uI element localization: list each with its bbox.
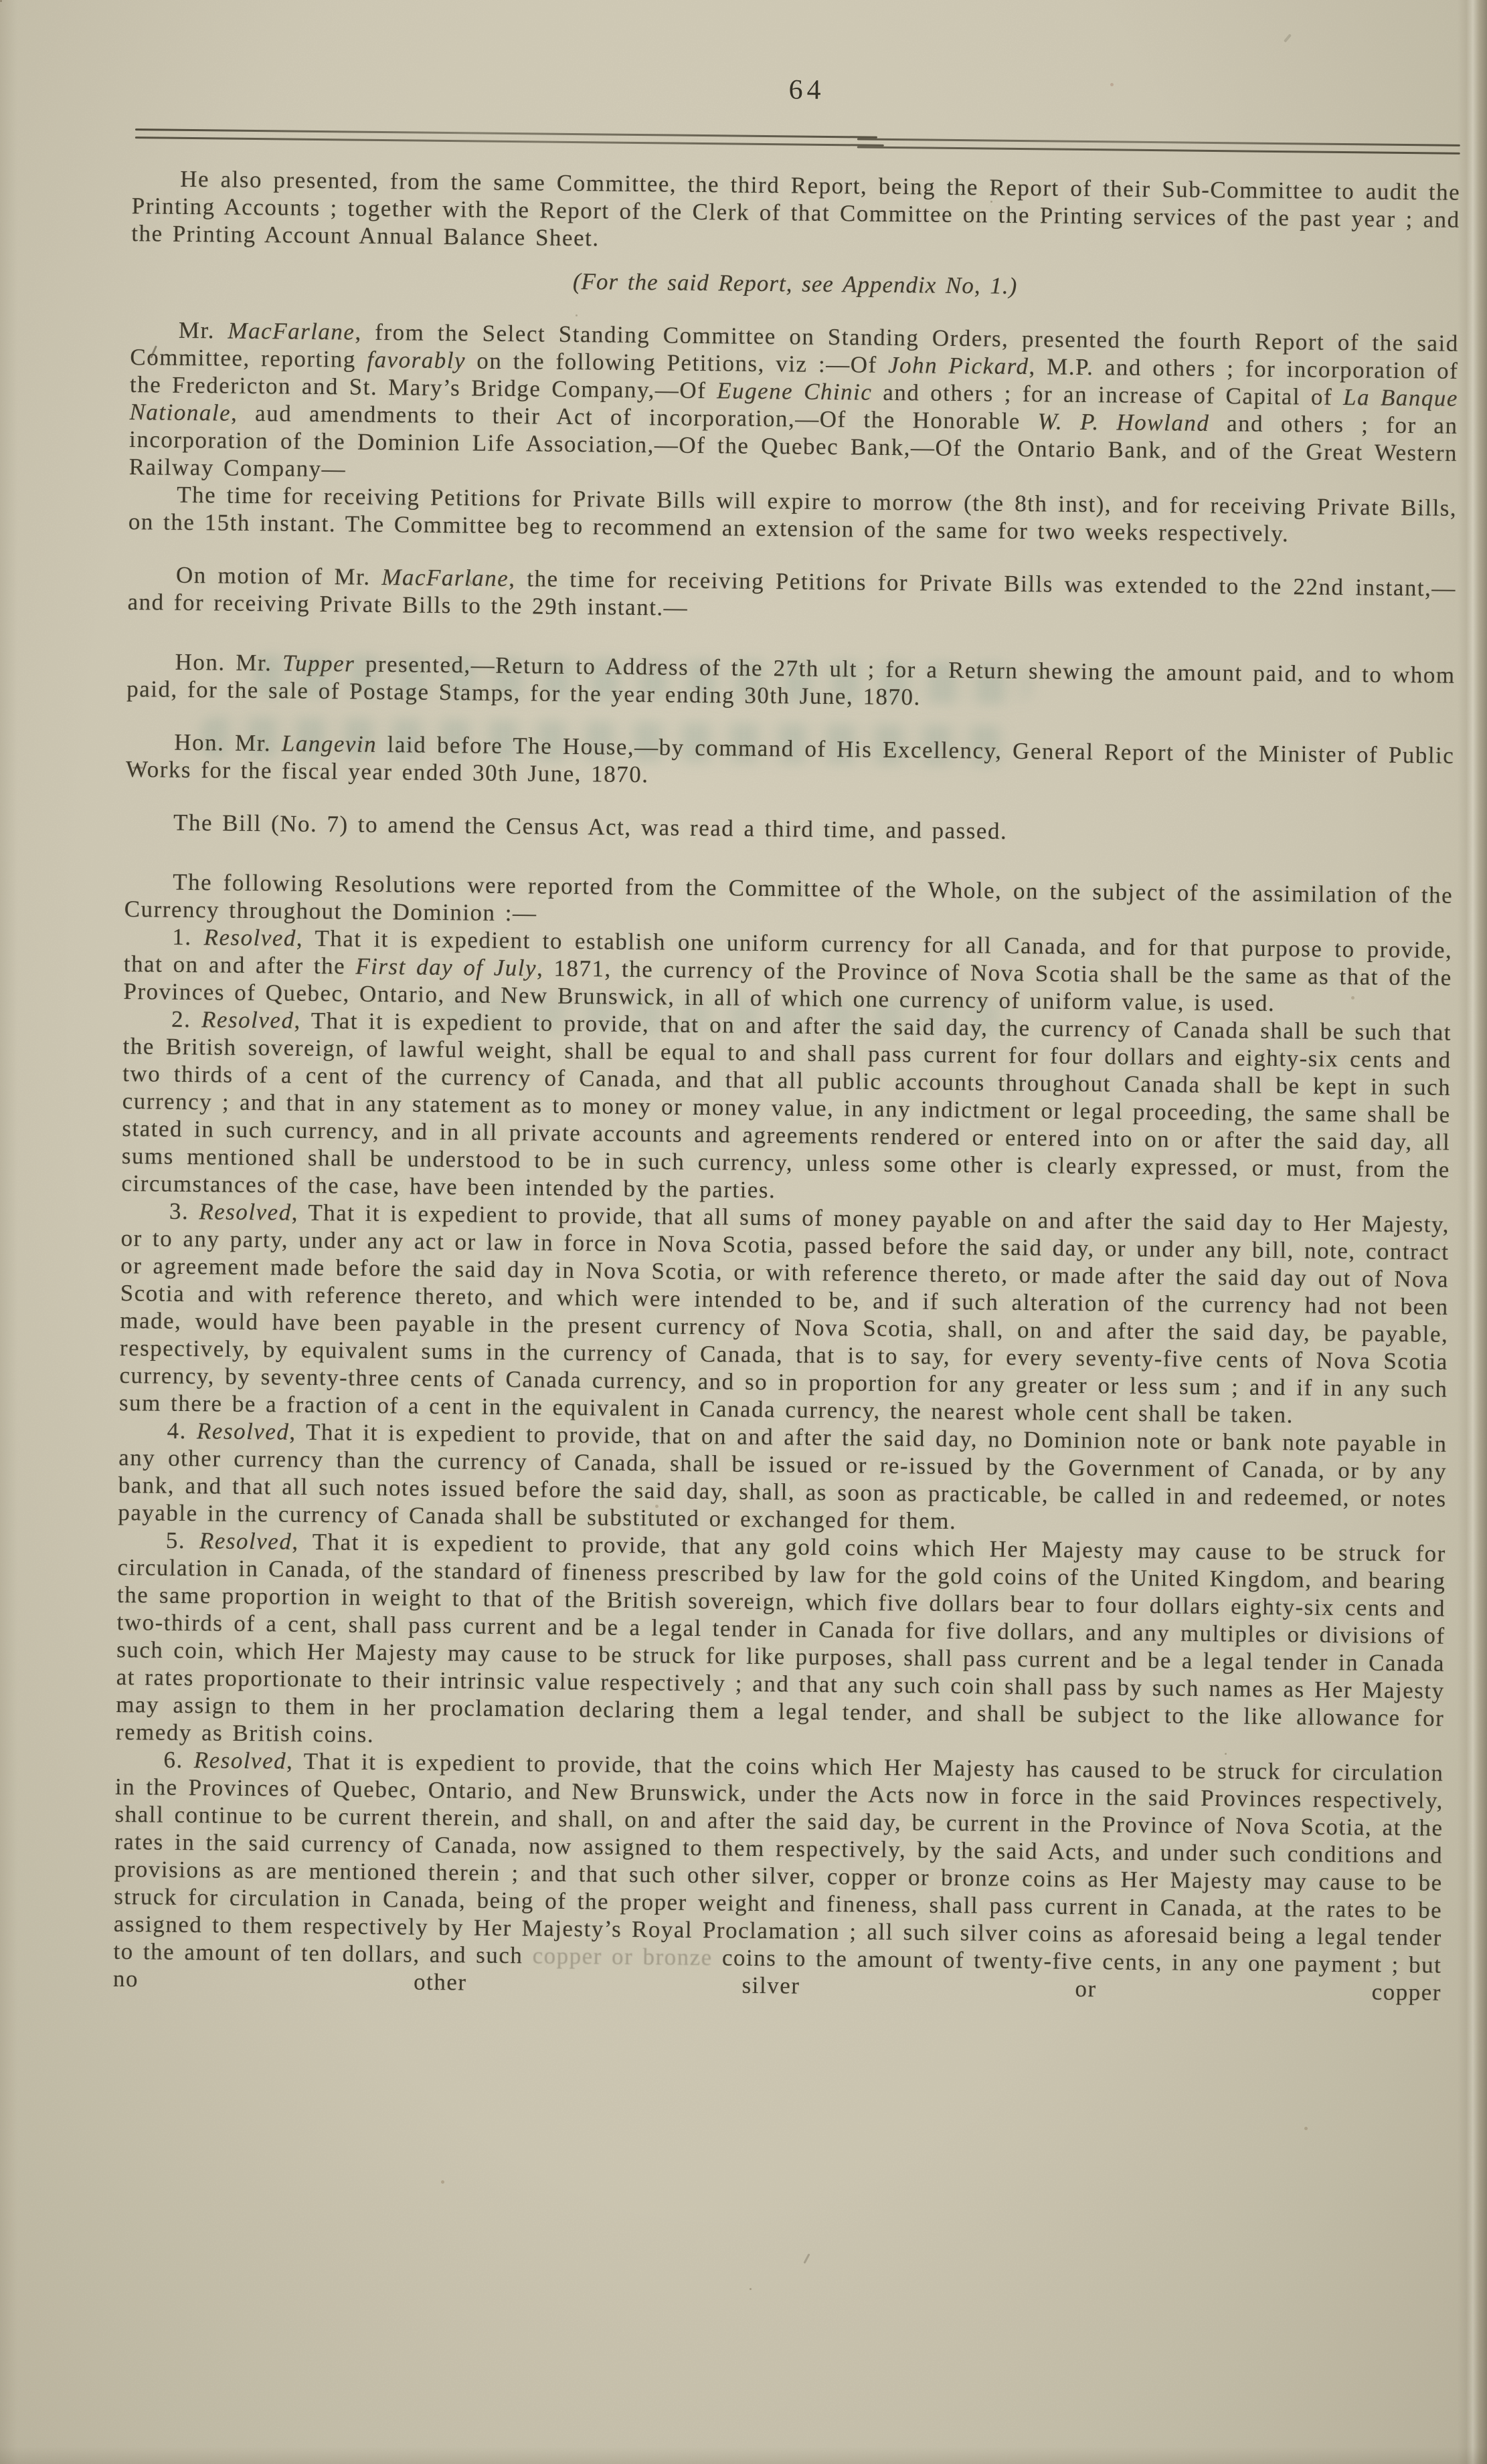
paragraph-resolution-6: 6. Resolved, That it is expedient to pro… [113, 1745, 1444, 2006]
paragraph-p1: He also presented, from the same Committ… [131, 165, 1460, 261]
page-number: 64 [63, 66, 1487, 114]
paragraph-appendix-note: (For the said Report, see Appendix No, 1… [130, 263, 1459, 304]
paragraph-resolution-5: 5. Resolved, That it is expedient to pro… [116, 1526, 1446, 1760]
paragraph-p7: The Bill (No. 7) to amend the Census Act… [125, 808, 1454, 850]
stray-mark [803, 2253, 810, 2264]
paragraph-resolution-4: 4. Resolved, That it is expedient to pro… [118, 1416, 1448, 1540]
paragraph-resolution-3: 3. Resolved, That it is expedient to pro… [119, 1197, 1450, 1430]
page-edge-bottom [0, 2447, 1487, 2464]
paragraph-p4: On motion of Mr. MacFarlane, the time fo… [127, 561, 1456, 630]
document-page: 64 He also presented, from the same Comm… [0, 0, 1487, 2464]
paragraph-p6: Hon. Mr. Langevin laid before The House,… [126, 728, 1455, 797]
paragraph-resolution-2: 2. Resolved, That it is expedient to pro… [121, 1005, 1452, 1211]
page-body: He also presented, from the same Committ… [113, 165, 1461, 2006]
paragraph-p2: Mr. MacFarlane, from the Select Standing… [128, 316, 1458, 494]
paragraph-p5: Hon. Mr. Tupper presented,—Return to Add… [126, 648, 1456, 717]
header-double-rule [135, 128, 1460, 159]
paper-specks [0, 0, 2, 2]
paragraph-resolution-1: 1. Resolved, That it is expedient to est… [123, 923, 1452, 1019]
printed-content: 64 He also presented, from the same Comm… [0, 0, 1487, 2006]
